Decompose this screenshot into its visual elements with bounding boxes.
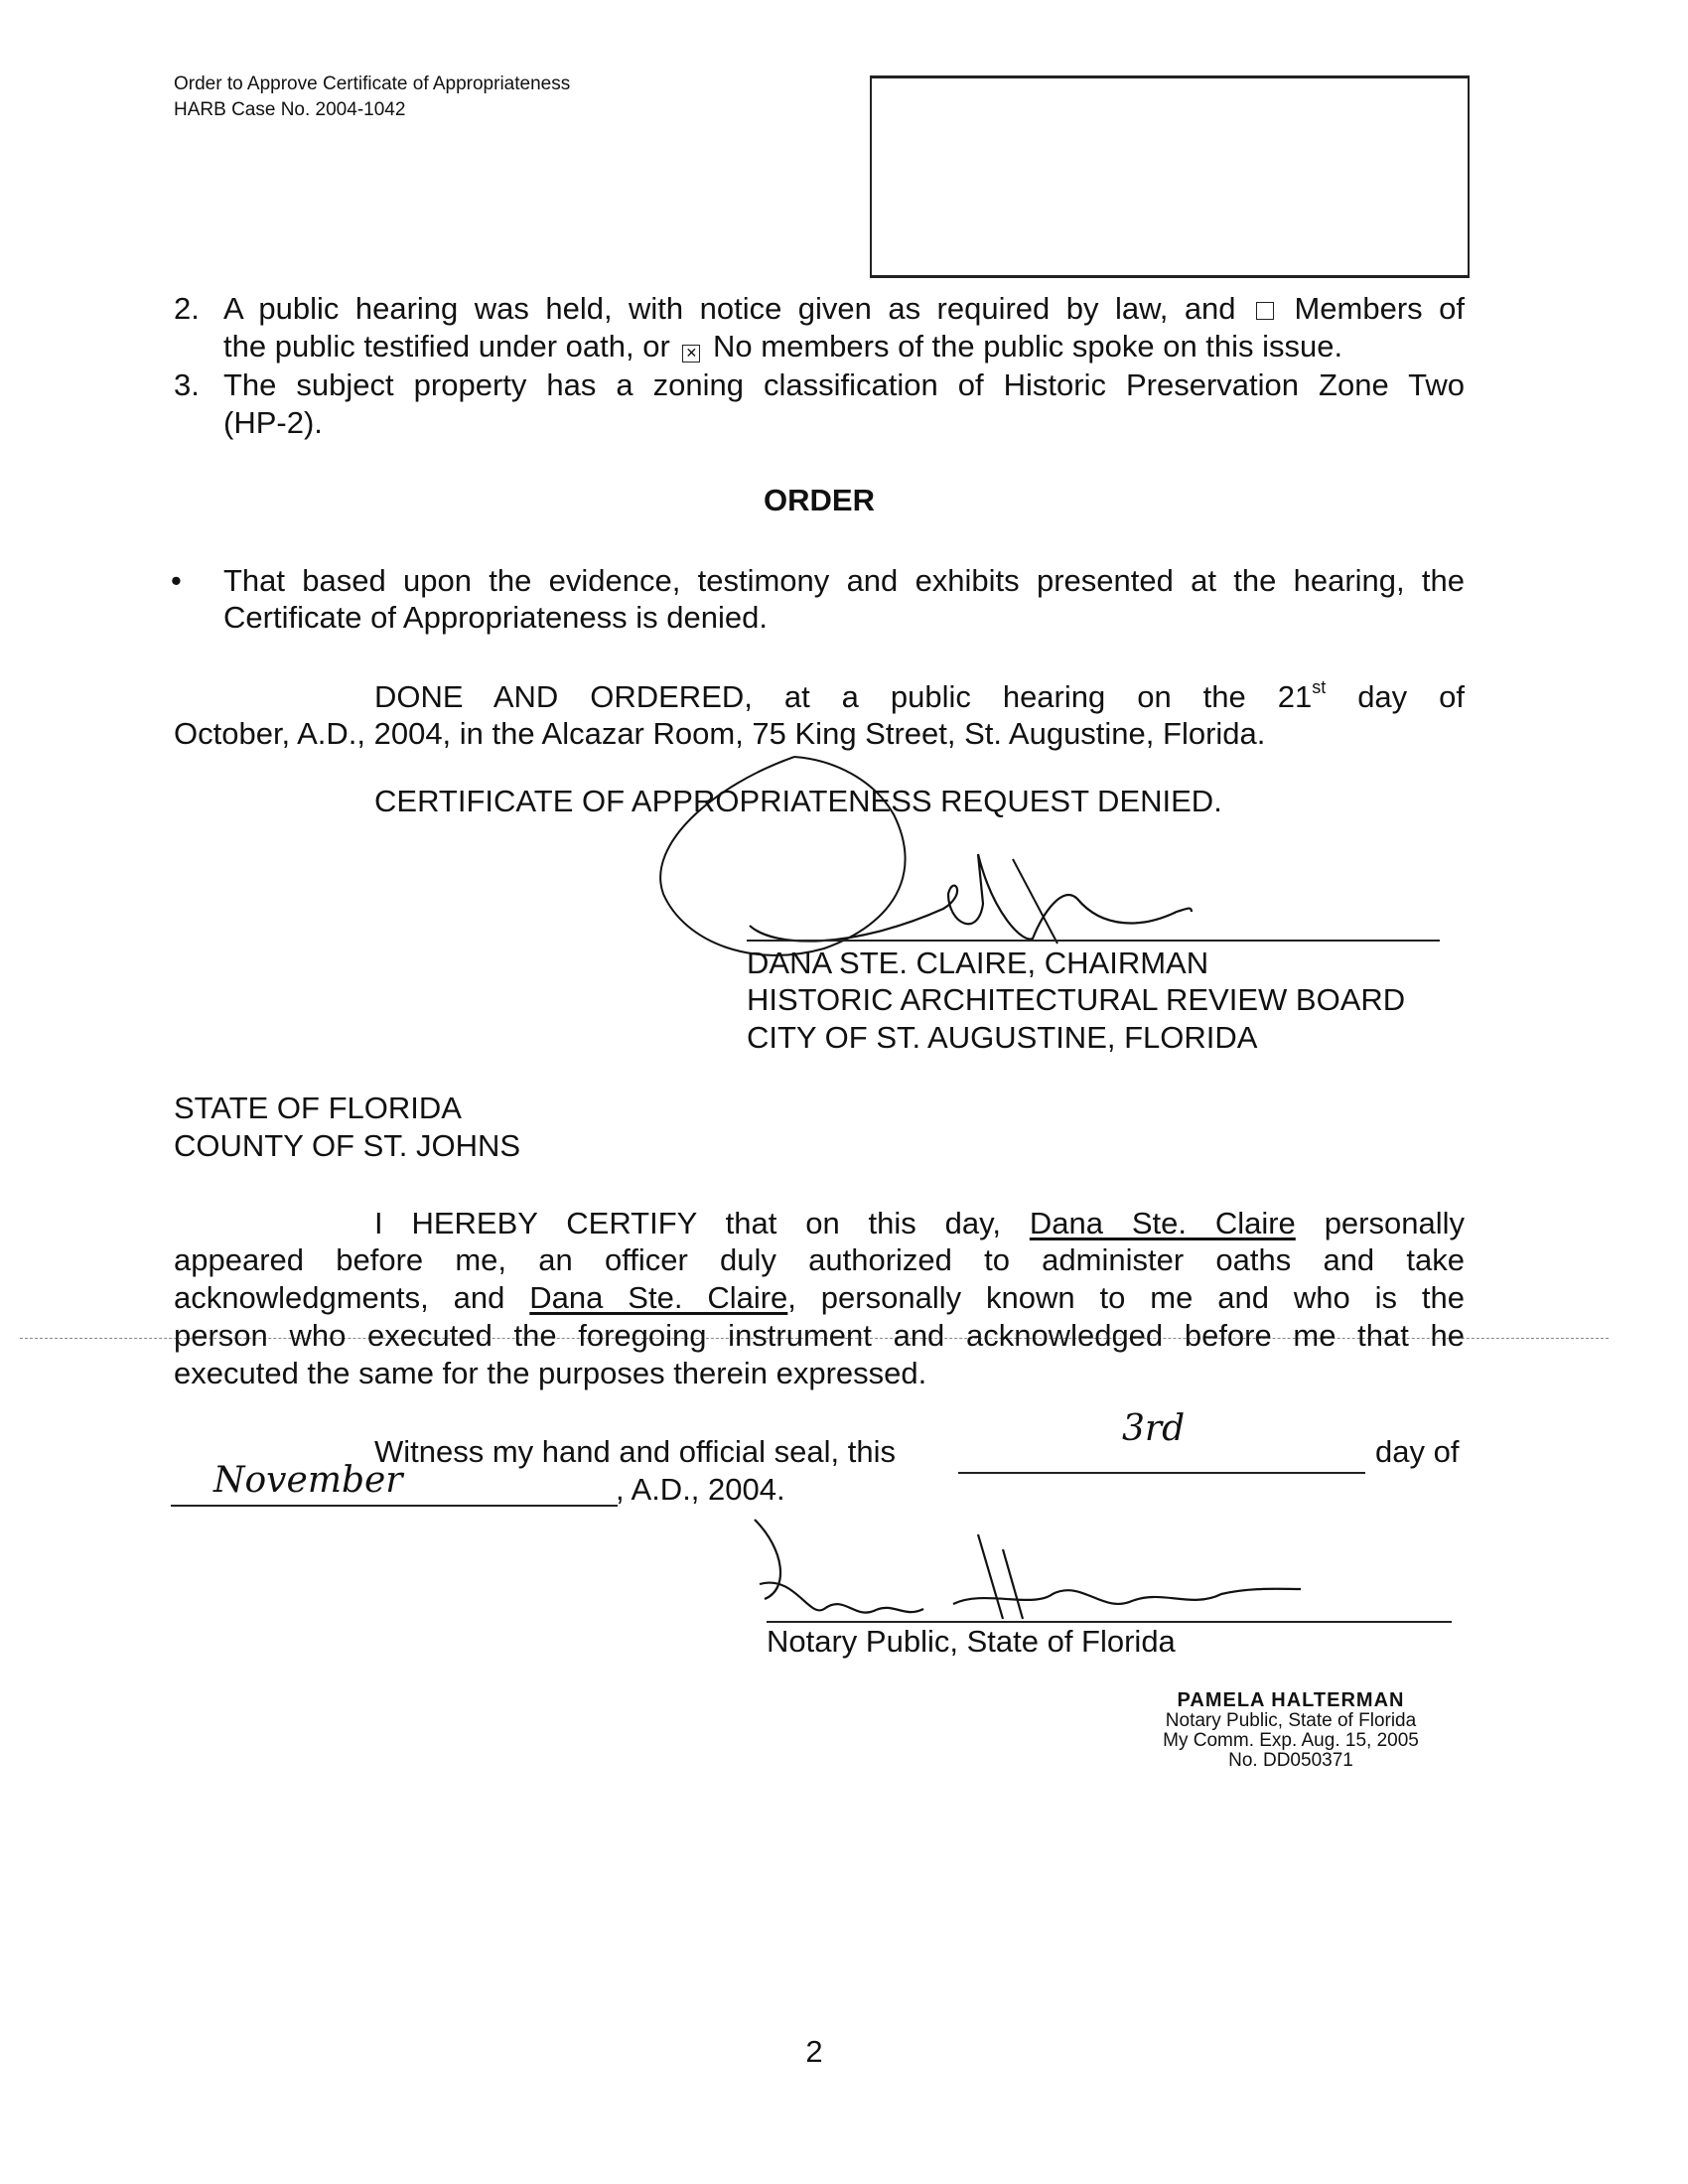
notary-name: PAMELA HALTERMAN bbox=[1178, 1689, 1405, 1711]
notary-number: No. DD050371 bbox=[1122, 1751, 1460, 1771]
notary-signature bbox=[0, 0, 1688, 1688]
notary-expiry: My Comm. Exp. Aug. 15, 2005 bbox=[1122, 1731, 1460, 1751]
notary-seal-stamp: PAMELA HALTERMAN Notary Public, State of… bbox=[1122, 1690, 1460, 1771]
notary-title: Notary Public, State of Florida bbox=[1122, 1711, 1460, 1731]
notary-caption: Notary Public, State of Florida bbox=[767, 1623, 1176, 1661]
page-number: 2 bbox=[0, 2034, 1628, 2070]
